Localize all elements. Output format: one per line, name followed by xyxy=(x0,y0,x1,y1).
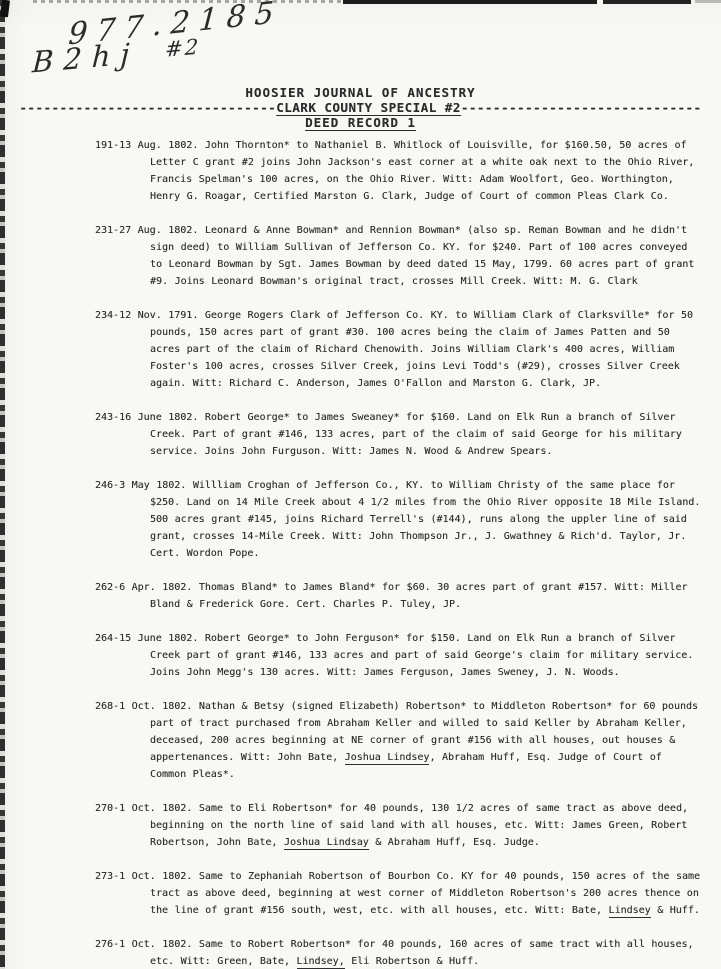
deed-entry-text: 231-27 Aug. 1802. Leonard & Anne Bowman*… xyxy=(95,225,694,287)
subtitle-dashes-left: -------------------------------- xyxy=(19,100,276,115)
deed-entry: 276-1 Oct. 1802. Same to Robert Robertso… xyxy=(95,936,701,969)
deed-entry-text: 262-6 Apr. 1802. Thomas Bland* to James … xyxy=(95,582,688,610)
deed-entry-text: & Huff. xyxy=(651,905,700,916)
deed-entry: 231-27 Aug. 1802. Leonard & Anne Bowman*… xyxy=(95,222,701,290)
deed-entry: 264-15 June 1802. Robert George* to John… xyxy=(95,630,701,681)
deed-record-section-title: DEED RECORD 1 xyxy=(305,115,416,130)
deed-entry: 243-16 June 1802. Robert George* to Jame… xyxy=(95,409,701,460)
deed-entry-text: 264-15 June 1802. Robert George* to John… xyxy=(95,633,693,678)
top-edge-scan-artifact xyxy=(33,0,343,3)
underlined-witness-name: Joshua Lindsay xyxy=(284,837,369,850)
left-edge-scan-artifact xyxy=(0,0,5,969)
underlined-witness-name: Lindsey, xyxy=(297,956,345,969)
top-edge-scan-artifact xyxy=(343,0,597,4)
deed-entry: 191-13 Aug. 1802. John Thornton* to Nath… xyxy=(95,137,701,205)
subtitle-dashes-right: ------------------------------ xyxy=(461,100,702,115)
subtitle-row: --------------------------------CLARK CO… xyxy=(0,100,721,115)
deed-entry-text: 243-16 June 1802. Robert George* to Jame… xyxy=(95,412,682,457)
deed-entry-text: 191-13 Aug. 1802. John Thornton* to Nath… xyxy=(95,140,694,202)
scanned-document-page: 977.2185 B2hj#2 HOOSIER JOURNAL OF ANCES… xyxy=(0,0,721,969)
deed-entry-text: Eli Robertson & Huff. xyxy=(345,956,479,967)
top-edge-scan-artifact xyxy=(603,0,691,4)
deed-entry: 270-1 Oct. 1802. Same to Eli Robertson* … xyxy=(95,800,701,851)
journal-title: HOOSIER JOURNAL OF ANCESTRY xyxy=(0,85,721,100)
underlined-witness-name: Joshua Lindsey xyxy=(345,752,430,765)
deed-entry-text: 246-3 May 1802. Willliam Croghan of Jeff… xyxy=(95,480,700,559)
deed-entry: 234-12 Nov. 1791. George Rogers Clark of… xyxy=(95,307,701,392)
underlined-witness-name: Lindsey xyxy=(609,905,651,918)
deed-entry: 268-1 Oct. 1802. Nathan & Betsy (signed … xyxy=(95,698,701,783)
deed-entry: 262-6 Apr. 1802. Thomas Bland* to James … xyxy=(95,579,701,613)
top-edge-scan-artifact xyxy=(695,0,721,3)
deed-entry-text: 234-12 Nov. 1791. George Rogers Clark of… xyxy=(95,310,693,389)
deed-entry-text: & Abraham Huff, Esq. Judge. xyxy=(369,837,540,848)
deed-entries: 191-13 Aug. 1802. John Thornton* to Nath… xyxy=(95,137,701,969)
deed-entry: 246-3 May 1802. Willliam Croghan of Jeff… xyxy=(95,477,701,562)
deed-entry: 273-1 Oct. 1802. Same to Zephaniah Rober… xyxy=(95,868,701,919)
call-number-line2-suffix: #2 xyxy=(165,35,201,62)
county-special-subtitle: CLARK COUNTY SPECIAL #2 xyxy=(276,100,461,115)
